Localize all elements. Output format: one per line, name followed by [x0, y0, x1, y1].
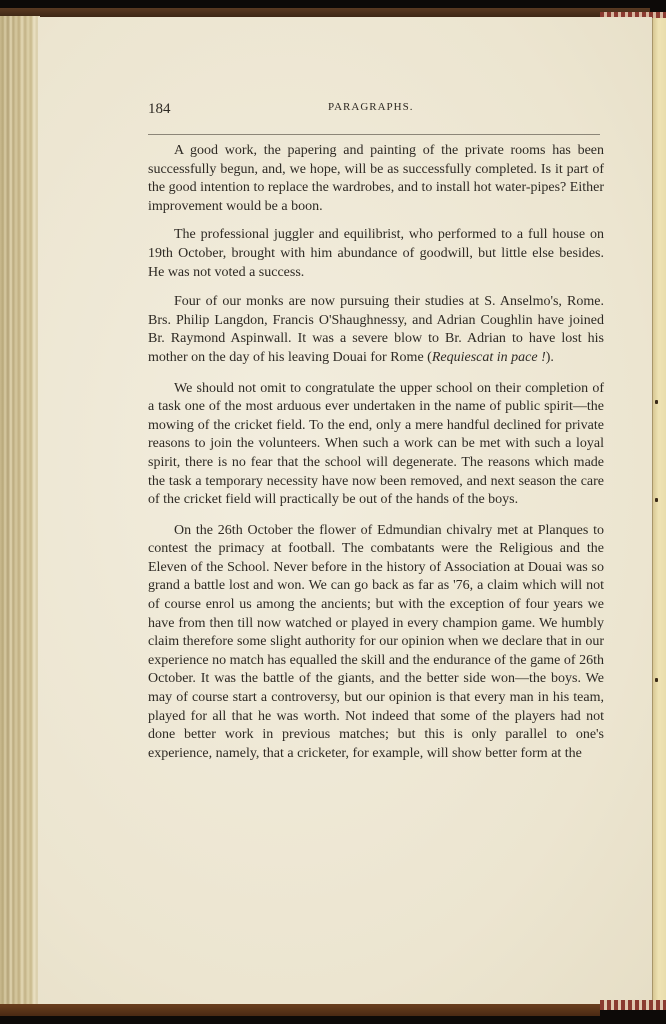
page-stack-edge — [0, 16, 40, 1004]
paragraph-cricket-field: We should not omit to congratulate the u… — [148, 380, 604, 510]
header-rule — [148, 134, 600, 135]
italic-phrase: Requiescat in pace ! — [432, 350, 546, 365]
headband-bottom — [600, 1000, 666, 1010]
paper-speck — [655, 498, 658, 502]
paragraph-renovations: A good work, the papering and painting o… — [148, 142, 604, 216]
paragraph-monks-rome: Four of our monks are now pursuing their… — [148, 293, 604, 367]
paper-speck — [655, 678, 658, 682]
book-cover-bottom-edge — [0, 1004, 600, 1016]
paper-speck — [655, 400, 658, 404]
running-head: PARAGRAPHS. — [328, 101, 414, 113]
page-header: 184 PARAGRAPHS. — [148, 101, 600, 125]
body-text: A good work, the papering and painting o… — [148, 142, 604, 773]
facing-page-edge — [652, 18, 666, 1000]
page-number: 184 — [148, 101, 171, 118]
paragraph-juggler: The professional juggler and equilibrist… — [148, 226, 604, 282]
paragraph-football-match: On the 26th October the flower of Edmund… — [148, 522, 604, 764]
paragraph-text: ). — [546, 350, 554, 365]
